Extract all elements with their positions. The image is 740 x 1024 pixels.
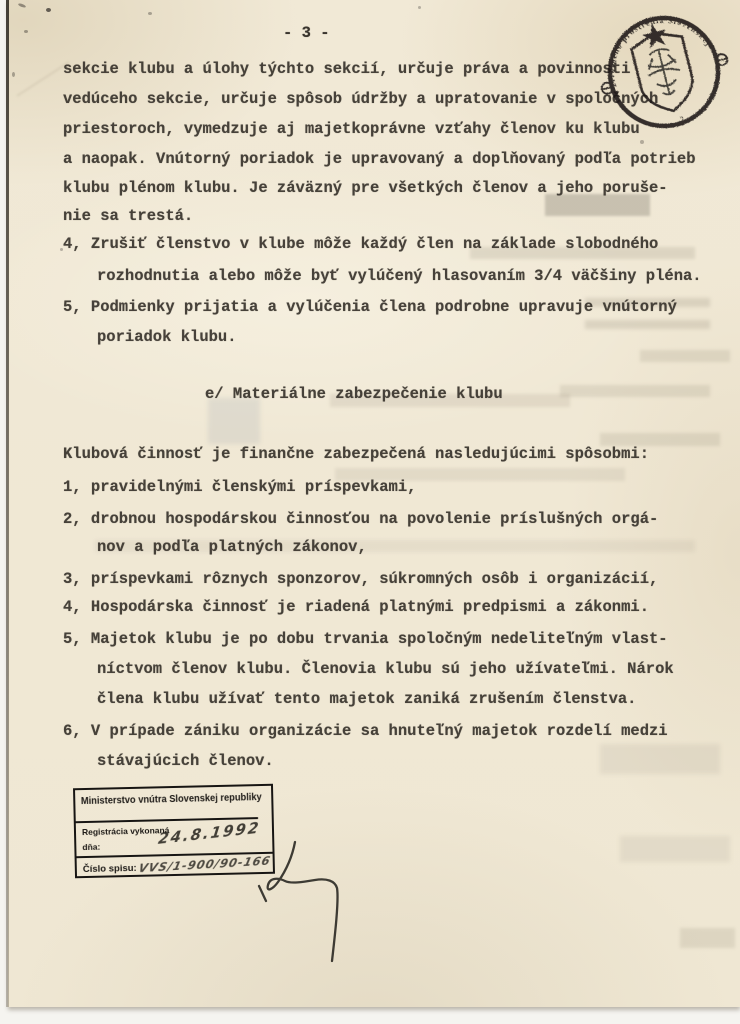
typewritten-line: 3, príspevkami rôznych sponzorov, súkrom… bbox=[63, 570, 658, 588]
typewritten-line: rozhodnutia alebo môže byť vylúčený hlas… bbox=[97, 267, 702, 285]
typewritten-line: 6, V prípade zániku organizácie sa hnute… bbox=[63, 722, 668, 740]
paper-speck bbox=[46, 8, 51, 12]
typewritten-line: nov a podľa platných zákonov, bbox=[97, 538, 367, 556]
typewritten-line: 1, pravidelnými členskými príspevkami, bbox=[63, 478, 416, 496]
scanned-document: - 3 - sekcie klubu a úlohy týchto sekcií… bbox=[0, 0, 740, 1024]
paper-speck bbox=[418, 6, 421, 9]
typewritten-line: níctvom členov klubu. Členovia klubu sú … bbox=[97, 660, 674, 678]
typewritten-line: 4, Hospodárska činnosť je riadená platný… bbox=[63, 598, 649, 616]
ministry-title: Ministerstvo vnútra Slovenskej republiky bbox=[75, 786, 258, 823]
file-number-label: Číslo spisu: bbox=[83, 863, 137, 875]
typewritten-line: a naopak. Vnútorný poriadok je upravovan… bbox=[63, 150, 696, 168]
paper-speck bbox=[640, 140, 644, 144]
section-heading: e/ Materiálne zabezpečenie klubu bbox=[205, 385, 503, 403]
stamp-emblem-figure bbox=[643, 46, 685, 99]
typewritten-line: 4, Zrušiť členstvo v klube môže každý čl… bbox=[63, 235, 658, 253]
typewritten-line: nie sa trestá. bbox=[63, 207, 193, 225]
official-round-stamp: a životného prostredia Slovenskej 2 bbox=[584, 10, 740, 138]
typewritten-line: sekcie klubu a úlohy týchto sekcií, urču… bbox=[63, 60, 630, 78]
date-label: dňa: bbox=[82, 842, 100, 852]
typewritten-line: klubu plénom klubu. Je záväzný pre všetk… bbox=[63, 179, 668, 197]
typewritten-line: poriadok klubu. bbox=[97, 328, 237, 346]
registration-label: Registrácia vykonaná bbox=[82, 825, 170, 837]
typewritten-line: priestoroch, vymedzuje aj majetkoprávne … bbox=[63, 120, 640, 138]
typewritten-line: člena klubu užívať tento majetok zaniká … bbox=[97, 690, 637, 708]
typewritten-line: 2, drobnou hospodárskou činnosťou na pov… bbox=[63, 510, 658, 528]
page-number: - 3 - bbox=[283, 24, 330, 42]
pen-stroke bbox=[245, 830, 355, 980]
stamp-bottom-mark: 2 bbox=[679, 115, 685, 125]
paper-speck bbox=[148, 12, 152, 15]
typewritten-line: vedúceho sekcie, určuje spôsob údržby a … bbox=[63, 90, 658, 108]
typewritten-line: Klubová činnosť je finančne zabezpečená … bbox=[63, 445, 649, 463]
typewritten-line: stávajúcich členov. bbox=[97, 752, 274, 770]
paper-speck bbox=[24, 30, 28, 33]
typewritten-line: 5, Podmienky prijatia a vylúčenia člena … bbox=[63, 298, 677, 316]
paper-speck bbox=[12, 72, 15, 77]
typewritten-line: 5, Majetok klubu je po dobu trvania spol… bbox=[63, 630, 668, 648]
file-number-row: Číslo spisu: VVS/1-900/90-166 bbox=[77, 854, 273, 880]
paper-edge-line bbox=[6, 0, 9, 1007]
registration-row: Registrácia vykonaná dňa: 24.8.1992 bbox=[76, 819, 273, 858]
